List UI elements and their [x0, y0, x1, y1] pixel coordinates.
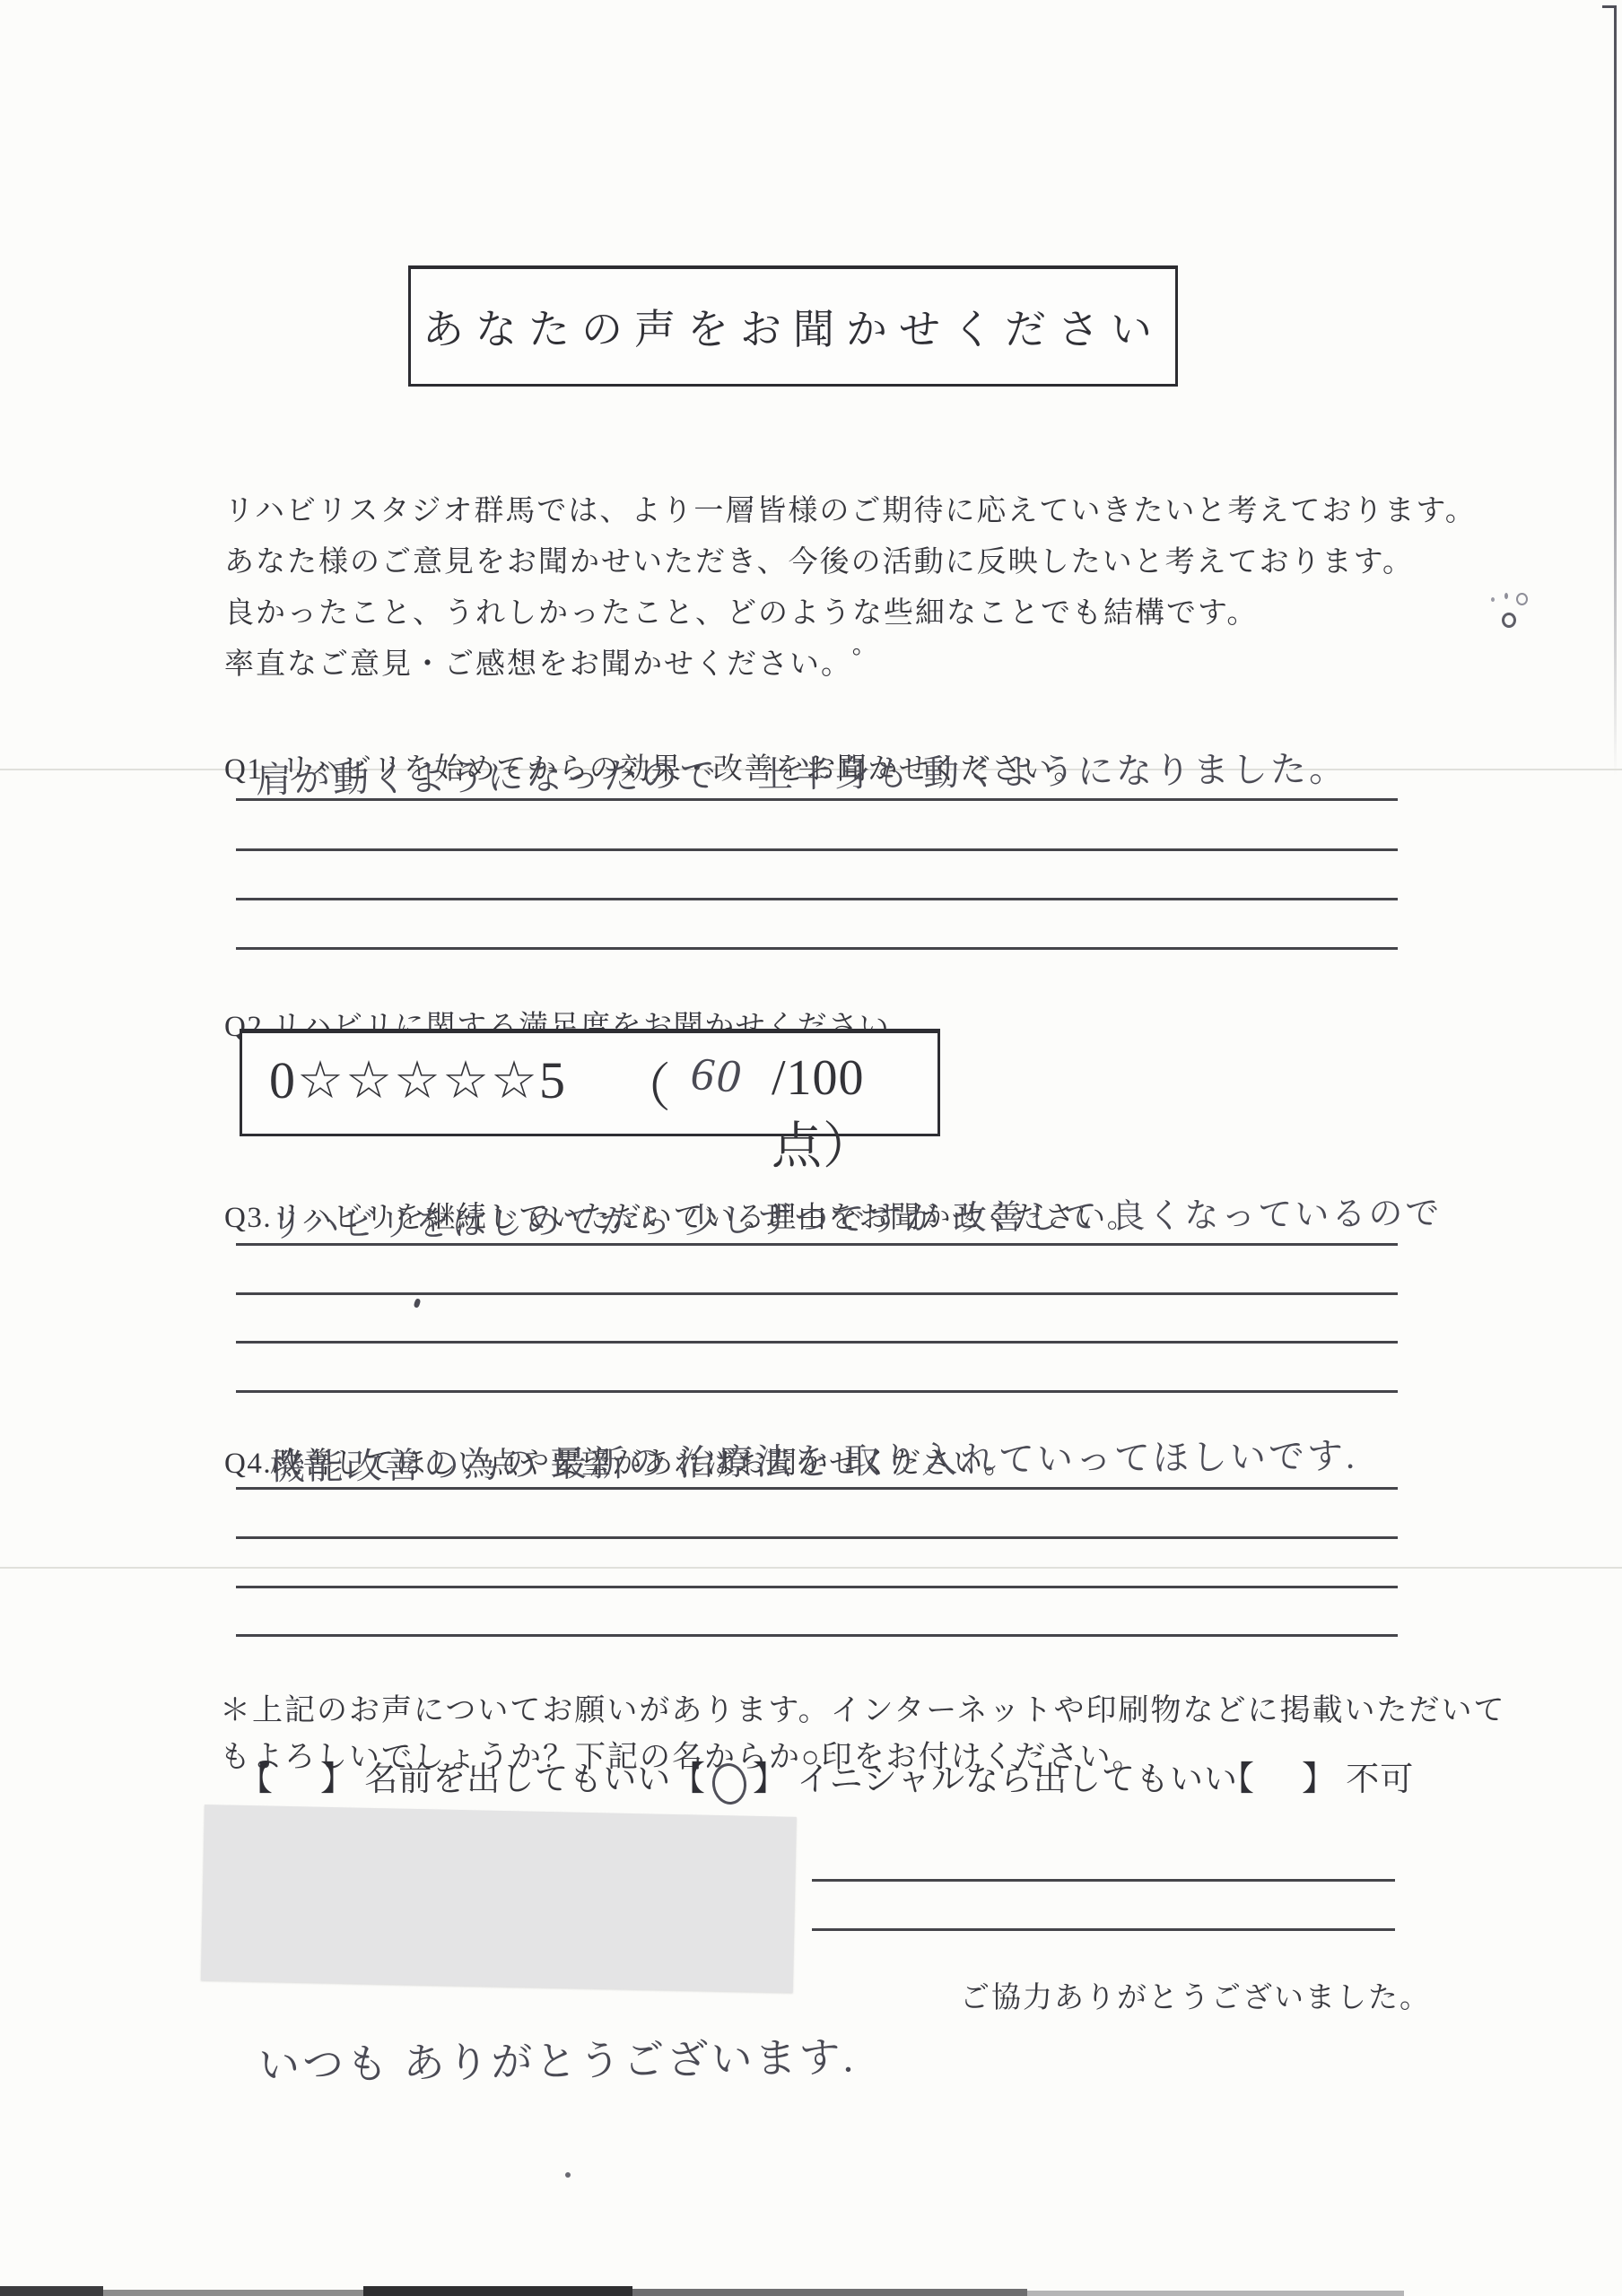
answer-line — [236, 1341, 1398, 1344]
answer-line — [236, 1487, 1398, 1490]
name-field-line — [812, 1879, 1395, 1882]
option-mark-area — [1255, 1761, 1302, 1805]
q1-handwritten-answer: 肩が動くようになったので 上半身も 動くようになりました。 — [256, 741, 1348, 804]
answer-line — [236, 947, 1398, 950]
scan-bottom-band — [103, 2290, 363, 2296]
bracket-open: 【 — [1220, 1761, 1255, 1798]
scan-edge-line — [1614, 5, 1617, 777]
rating-suffix: /100点） — [772, 1049, 937, 1178]
answer-line — [236, 1634, 1398, 1637]
handwritten-circle-mark — [710, 1761, 748, 1805]
bracket-open: 【 — [671, 1761, 706, 1798]
publish-request-line-1: ＊上記のお声についてお願いがあります。インターネットや印刷物などに掲載いただいて — [220, 1685, 1506, 1729]
publish-options-row: 【】 名前を出してもいい 【】 イニシャルなら出してもいい 【】 不可 — [224, 1751, 1408, 1797]
answer-line — [236, 1536, 1398, 1539]
ink-speck — [1504, 593, 1508, 599]
bracket-close: 】 — [320, 1761, 355, 1798]
intro-line-4: 率直なご意見・ご感想をお聞かせください。゜ — [224, 640, 884, 683]
ink-dot — [414, 1298, 422, 1308]
option-label: イニシャルなら出してもいい — [797, 1761, 1238, 1798]
handwritten-thanks-note: いつも ありがとうございます. — [258, 2024, 857, 2092]
satisfaction-rating-box: 0☆☆☆☆☆5 （ 60 /100点） — [240, 1029, 940, 1136]
option-mark-area — [706, 1761, 753, 1805]
rating-paren-open: （ — [619, 1046, 671, 1121]
closing-thanks: ご協力ありがとうございました。 — [960, 1974, 1431, 2016]
bracket-open: 【 — [239, 1761, 274, 1798]
scan-crease — [0, 1567, 1622, 1569]
scan-bottom-band — [0, 2286, 103, 2296]
answer-line — [236, 1292, 1398, 1295]
answer-line — [236, 1243, 1398, 1246]
option-label: 名前を出してもいい — [364, 1761, 671, 1798]
bracket-close: 】 — [1302, 1761, 1337, 1798]
answer-line — [236, 898, 1398, 900]
answer-line — [236, 848, 1398, 851]
answer-line — [236, 798, 1398, 801]
option-not-allowed: 【】 不可 — [1220, 1751, 1414, 1805]
ink-speck — [1491, 597, 1495, 602]
scan-bottom-band — [363, 2286, 632, 2296]
ink-speck — [1502, 613, 1516, 628]
scanned-feedback-form: あなたの声をお聞かせください リハビリスタジオ群馬では、より一層皆様のご期待に応… — [0, 0, 1622, 2296]
q4-handwritten-answer: 機能改善の為の 最新の 治療法を 取り入れていってほしいです. — [269, 1428, 1358, 1491]
intro-line-3: 良かったこと、うれしかったこと、どのような些細なことでも結構です。 — [224, 589, 1258, 631]
option-name-ok: 【】 名前を出してもいい — [239, 1751, 671, 1805]
option-initial-ok: 【】 イニシャルなら出してもいい — [671, 1751, 1238, 1805]
ink-speck — [1516, 593, 1528, 605]
ink-dot — [565, 2172, 571, 2178]
option-mark-area — [274, 1761, 320, 1805]
option-label: 不可 — [1346, 1761, 1414, 1798]
answer-line — [236, 1586, 1398, 1588]
scan-edge-corner — [1602, 5, 1617, 8]
name-field-line — [812, 1928, 1395, 1931]
redacted-name-block — [201, 1805, 797, 1993]
form-title: あなたの声をお聞かせください — [423, 297, 1164, 356]
intro-line-2: あなた様のご意見をお聞かせいただき、今後の活動に反映したいと考えております。 — [224, 538, 1414, 580]
intro-line-1: リハビリスタジオ群馬では、より一層皆様のご期待に応えていきたいと考えております。 — [224, 487, 1477, 529]
scan-bottom-band — [632, 2289, 1027, 2296]
handwritten-score: 60 — [689, 1048, 745, 1104]
bracket-close: 】 — [753, 1761, 788, 1798]
form-title-box: あなたの声をお聞かせください — [408, 265, 1178, 387]
scan-bottom-band — [1027, 2291, 1404, 2296]
rating-scale: 0☆☆☆☆☆5 — [269, 1049, 567, 1110]
answer-line — [236, 1390, 1398, 1393]
